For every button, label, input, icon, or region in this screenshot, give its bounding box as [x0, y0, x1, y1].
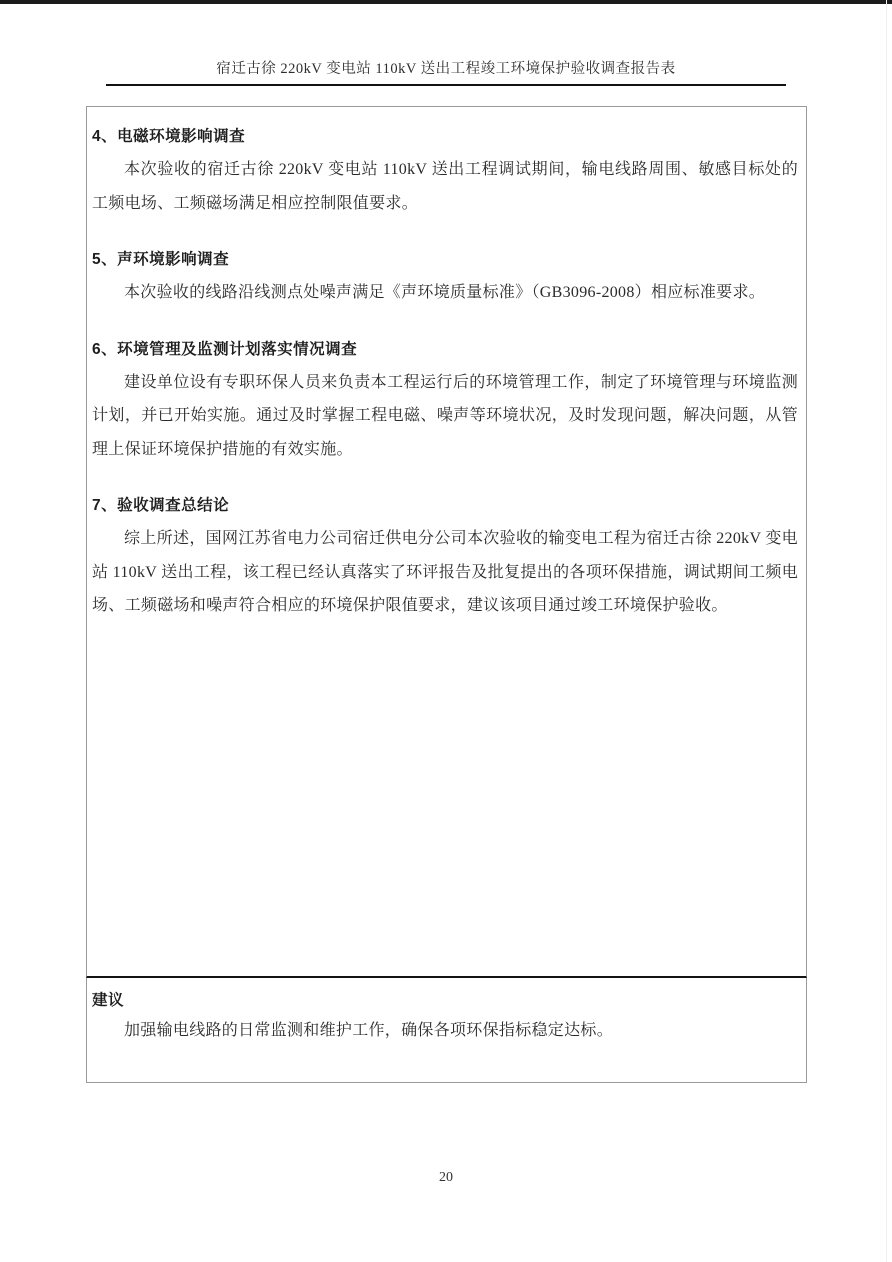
scan-right-edge-artifact: [886, 0, 887, 1262]
section-acoustic-survey: 5、声环境影响调查 本次验收的线路沿线测点处噪声满足《声环境质量标准》（GB30…: [92, 250, 798, 310]
page-number: 20: [0, 1170, 892, 1186]
section-paragraph: 本次验收的宿迁古徐 220kV 变电站 110kV 送出工程调试期间，输电线路周…: [92, 153, 798, 220]
section-paragraph: 建设单位设有专职环保人员来负责本工程运行后的环境管理工作，制定了环境管理与环境监…: [92, 366, 798, 467]
running-header-title: 宿迁古徐 220kV 变电站 110kV 送出工程竣工环境保护验收调查报告表: [0, 57, 892, 78]
section-acceptance-conclusion: 7、验收调查总结论 综上所述，国网江苏省电力公司宿迁供电分公司本次验收的输变电工…: [92, 496, 798, 623]
scan-top-edge-bar: [0, 0, 892, 4]
section-heading: 6、环境管理及监测计划落实情况调查: [92, 340, 798, 360]
header-underline-rule: [106, 84, 786, 86]
suggestion-table-cell: 建议 加强输电线路的日常监测和维护工作，确保各项环保指标稳定达标。: [86, 978, 807, 1083]
suggestion-heading: 建议: [92, 991, 798, 1011]
section-heading: 7、验收调查总结论: [92, 496, 798, 516]
section-env-management-survey: 6、环境管理及监测计划落实情况调查 建设单位设有专职环保人员来负责本工程运行后的…: [92, 340, 798, 467]
section-heading: 5、声环境影响调查: [92, 250, 798, 270]
section-paragraph: 本次验收的线路沿线测点处噪声满足《声环境质量标准》（GB3096-2008）相应…: [92, 276, 798, 310]
section-heading: 4、电磁环境影响调查: [92, 127, 798, 147]
document-page: { "page": { "header_title": "宿迁古徐 220kV …: [0, 0, 892, 1262]
section-electromagnetic-survey: 4、电磁环境影响调查 本次验收的宿迁古徐 220kV 变电站 110kV 送出工…: [92, 127, 798, 220]
section-paragraph: 综上所述，国网江苏省电力公司宿迁供电分公司本次验收的输变电工程为宿迁古徐 220…: [92, 522, 798, 623]
suggestion-paragraph: 加强输电线路的日常监测和维护工作，确保各项环保指标稳定达标。: [92, 1019, 798, 1043]
report-main-table-cell: 4、电磁环境影响调查 本次验收的宿迁古徐 220kV 变电站 110kV 送出工…: [86, 106, 807, 978]
